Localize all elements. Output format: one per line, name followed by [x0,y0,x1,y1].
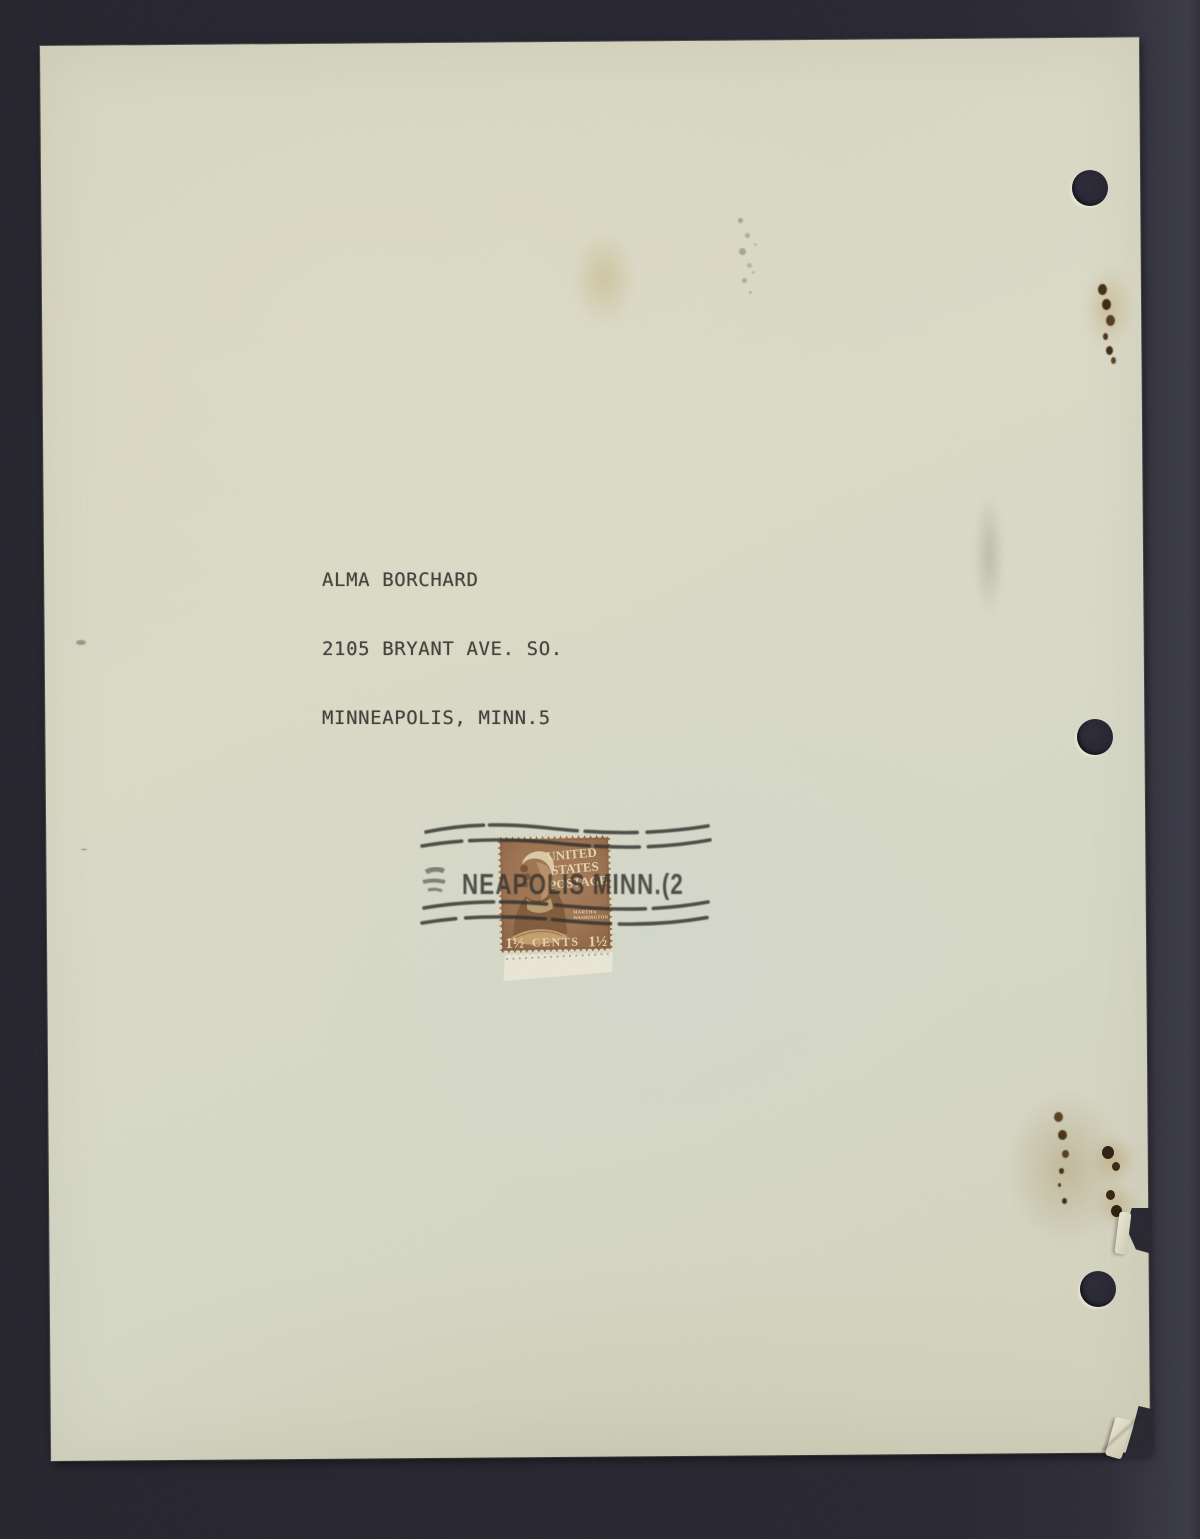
cancel-wavy-line-1 [426,825,708,833]
cancel-wavy-line-3 [424,902,708,909]
address-line-city: MINNEAPOLIS, MINN.5 [322,707,563,730]
address-block: ALMA BORCHARD 2105 BRYANT AVE. SO. MINNE… [322,523,563,776]
postmark-cancellation: NEAPOLIS MINN.(2 [408,812,720,944]
address-line-street: 2105 BRYANT AVE. SO. [322,638,563,661]
scanned-envelope-back: ALMA BORCHARD 2105 BRYANT AVE. SO. MINNE… [0,0,1200,1539]
cancel-city-text: NEAPOLIS MINN.(2 [462,869,684,901]
address-line-name: ALMA BORCHARD [322,569,563,592]
cancel-wavy-line-2 [422,840,710,847]
punch-hole-middle [1077,719,1113,755]
punch-hole-top [1072,170,1108,206]
envelope-paper [40,37,1150,1461]
cancel-smudge [423,869,445,891]
punch-hole-bottom [1080,1271,1116,1307]
cancel-wavy-line-4 [422,917,710,924]
